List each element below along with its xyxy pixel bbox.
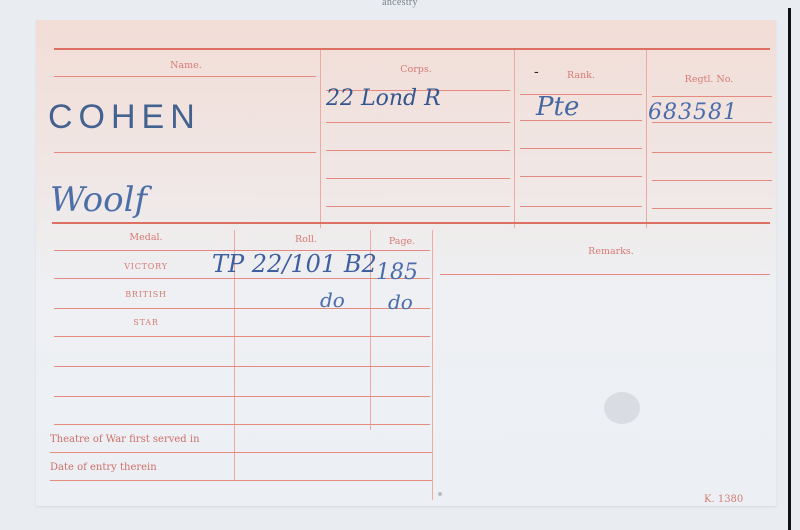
medal-british-label: British [76,290,216,299]
rule [652,180,772,181]
forename-handwritten: Woolf [50,180,147,220]
rule [520,206,642,207]
rule [50,452,432,453]
rule [652,96,772,97]
rank-handwritten: Pte [536,92,579,122]
regt-no-handwritten: 683581 [648,100,738,125]
column-divider [432,230,433,500]
rule [440,274,770,275]
rule [54,76,316,77]
rule [54,48,770,50]
page-header: Page. [374,236,430,247]
column-divider [514,50,515,228]
rule [326,122,510,123]
rule [520,176,642,177]
rule [54,336,430,337]
scan-edge [788,8,791,530]
rule [652,208,772,209]
rule [50,480,432,481]
rule [326,178,510,179]
rule [520,148,642,149]
rule [54,308,430,309]
column-divider [646,50,647,228]
rank-dash: - [534,64,539,80]
surname-handwritten: COHEN [48,98,201,137]
ancestry-watermark: ancestry [0,0,800,8]
remarks-header: Remarks. [516,246,706,257]
medal-victory-label: Victory [76,262,216,271]
medal-index-card: Name. Corps. Rank. Regtl. No. - COHEN Wo… [36,20,776,506]
name-header: Name. [96,60,276,71]
victory-page-handwritten: 185 [376,260,418,285]
rank-header: Rank. [536,70,626,81]
corps-header: Corps. [336,64,496,75]
british-roll-handwritten: do [320,288,345,312]
date-entry-label: Date of entry therein [50,462,240,473]
theatre-label: Theatre of War first served in [50,434,240,445]
speck [438,492,442,496]
medal-star-label: Star [76,318,216,327]
rule [326,150,510,151]
rule [54,396,430,397]
rule [652,152,772,153]
rule [52,222,770,224]
victory-roll-handwritten: TP 22/101 B2 [212,250,377,278]
rule [326,206,510,207]
rule [54,278,430,279]
corps-handwritten: 22 Lond R [326,86,441,111]
rule [54,424,430,425]
form-number: K. 1380 [704,494,743,505]
regt-no-header: Regtl. No. [654,74,764,85]
smudge-mark [604,392,640,424]
british-page-handwritten: do [388,290,413,314]
rule [54,366,430,367]
roll-header: Roll. [246,234,366,245]
medal-header: Medal. [76,232,216,243]
column-divider [320,50,321,228]
rule [54,152,316,153]
